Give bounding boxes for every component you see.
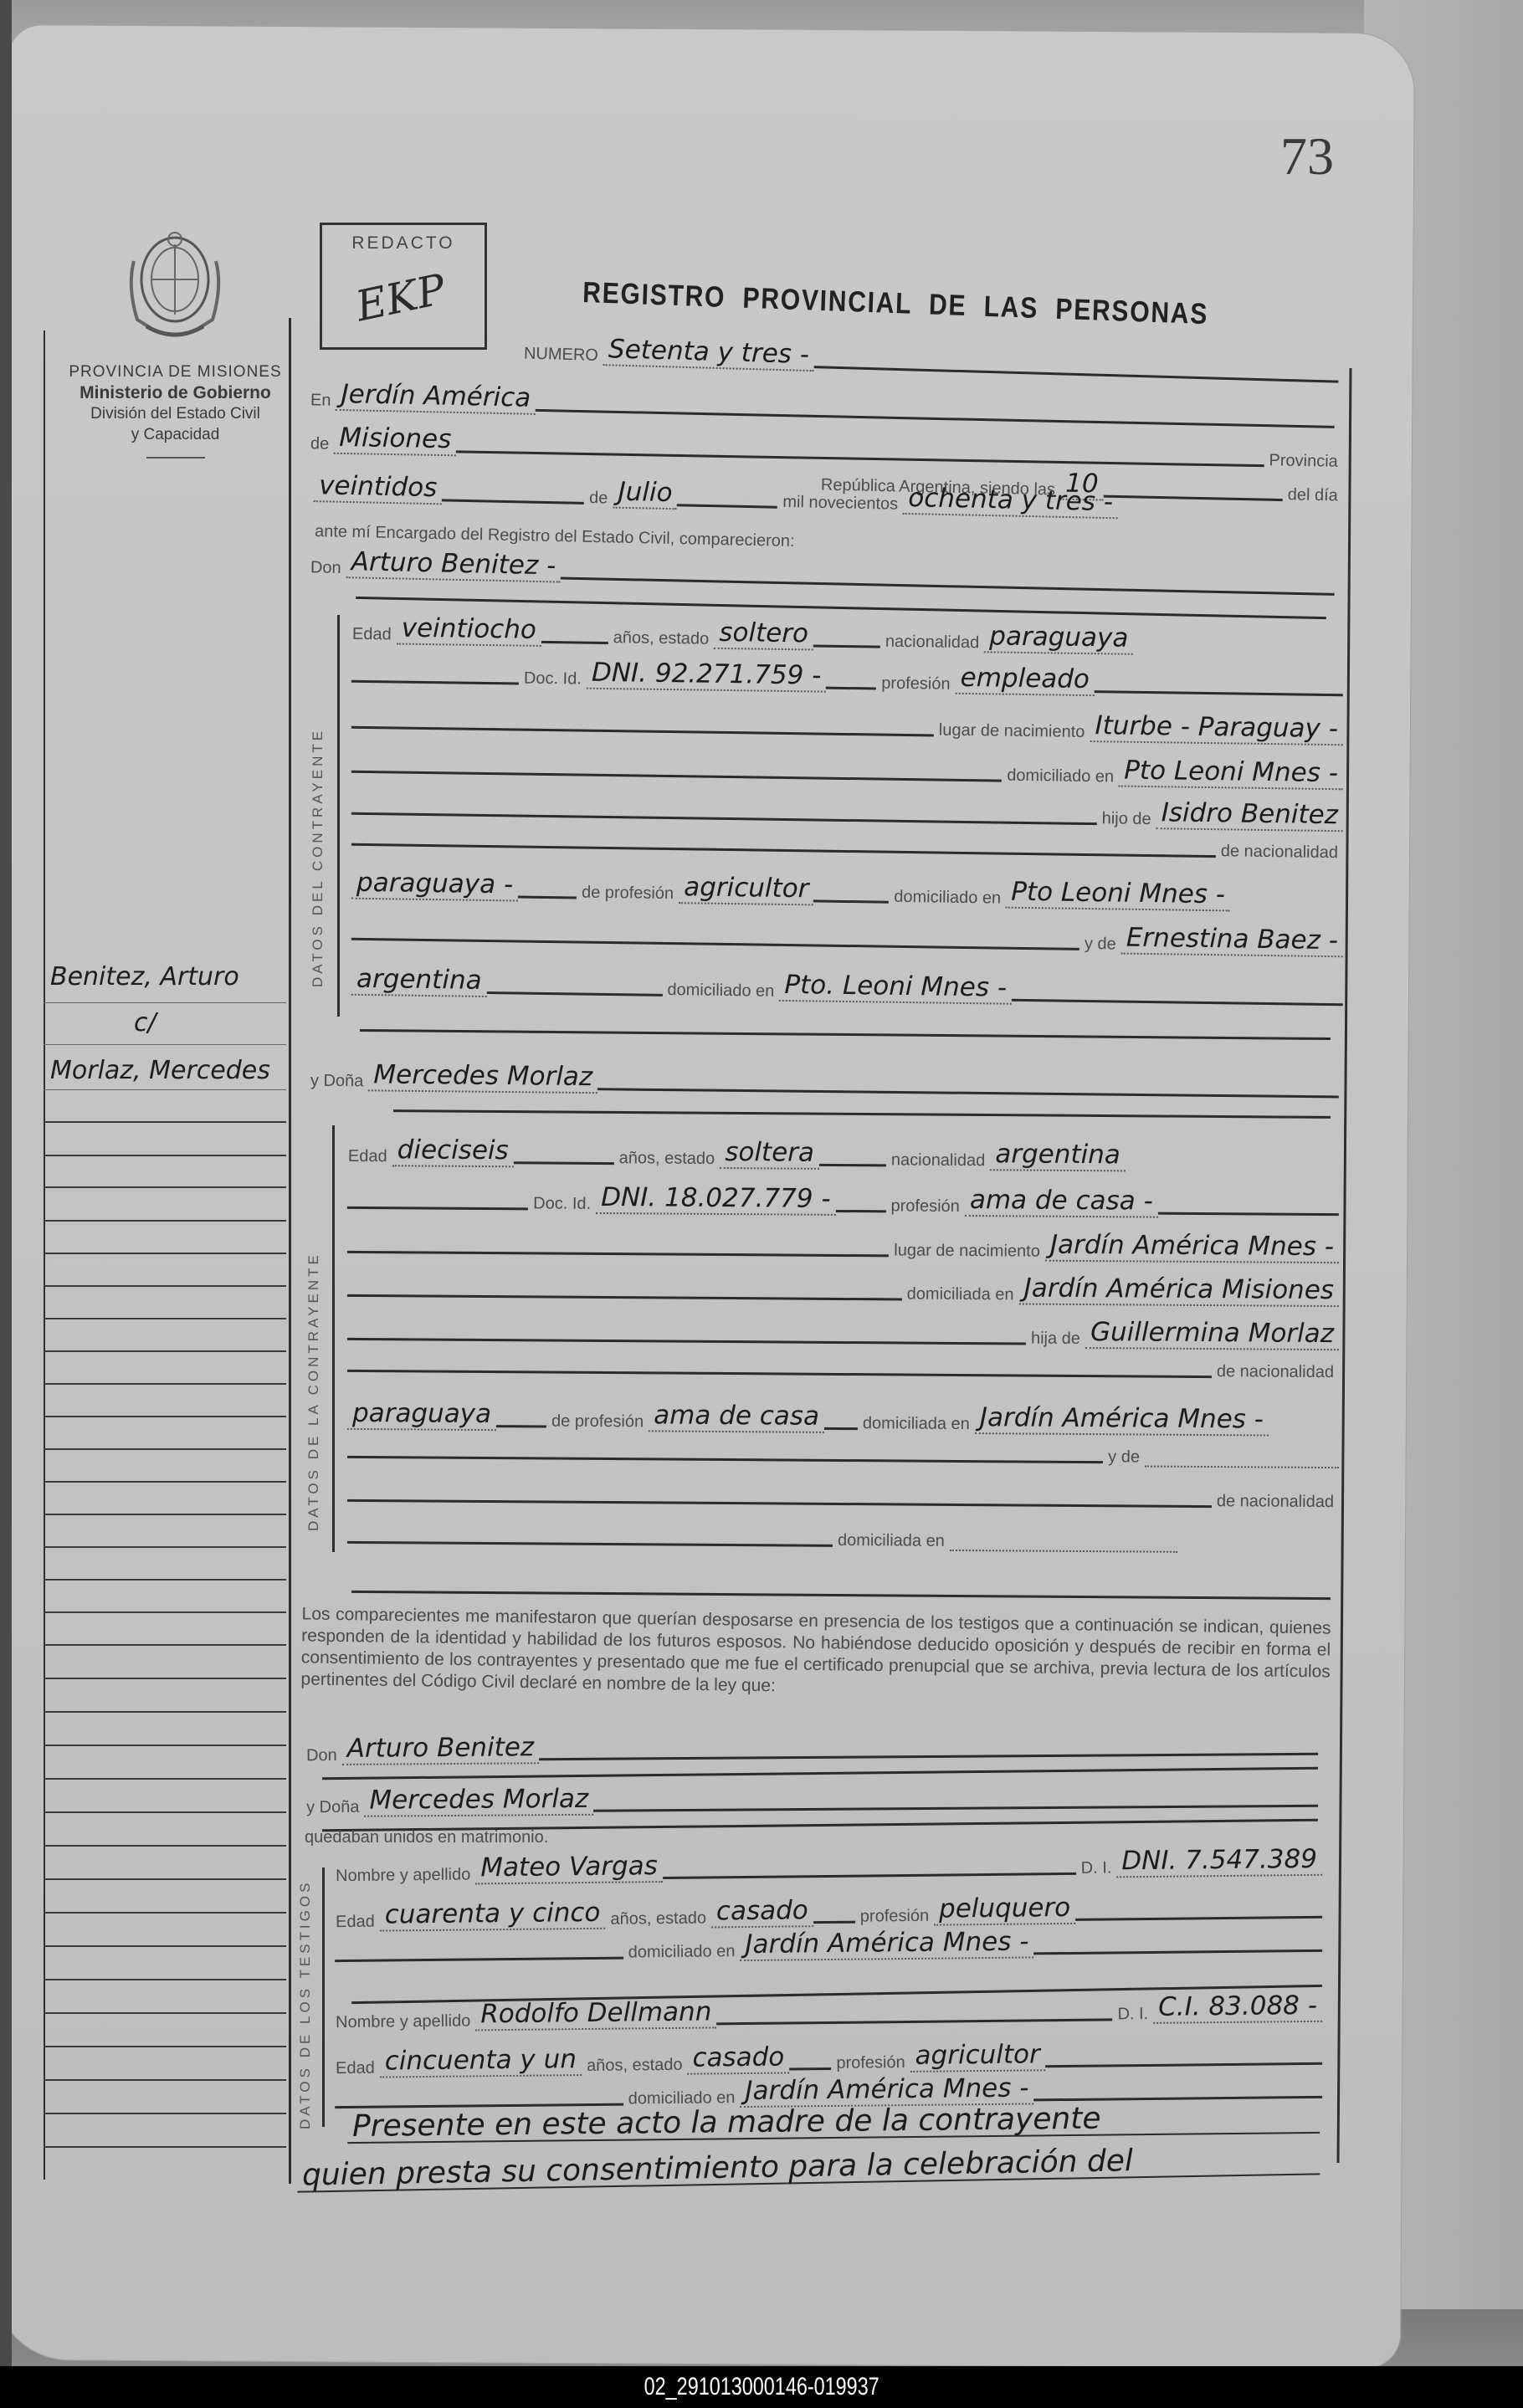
domicilio-value: Jardín América Mnes - bbox=[740, 1926, 1033, 1961]
redacto-initials: EKP bbox=[351, 264, 449, 330]
madre-prof-value: ama de casa bbox=[649, 1400, 824, 1432]
dia-value: veintidos bbox=[314, 470, 443, 505]
padre-nac-label: de nacionalidad bbox=[1212, 1492, 1339, 1512]
lugar-label: lugar de nacimiento bbox=[889, 1241, 1045, 1261]
padre-nac-value: paraguaya - bbox=[351, 868, 519, 902]
estado-value: soltero bbox=[714, 617, 813, 651]
doc-label: Doc. Id. bbox=[528, 1194, 596, 1214]
agency-block: PROVINCIA DE MISIONES Ministerio de Gobi… bbox=[52, 361, 299, 459]
madre-value: Ernestina Baez - bbox=[1121, 923, 1344, 958]
madre-dom-label: domiciliada en bbox=[858, 1414, 975, 1434]
nombre-value: Rodolfo Dellmann bbox=[475, 1996, 717, 2031]
dona-value: Mercedes Morlaz bbox=[364, 1784, 593, 1817]
domicilio-value: Jardín América Misiones bbox=[1018, 1273, 1339, 1307]
padre-value: Isidro Benitez bbox=[1156, 797, 1343, 832]
numero-label: NUMERO bbox=[519, 344, 603, 366]
dona-value: Mercedes Morlaz bbox=[368, 1059, 597, 1094]
di-label: D. I. bbox=[1076, 1858, 1117, 1878]
di-value: DNI. 7.547.389 bbox=[1116, 1844, 1322, 1878]
estado-label: años, estado bbox=[605, 1908, 711, 1929]
quedaban-label: quedaban unidos en matrimonio. bbox=[300, 1828, 553, 1847]
agency-division: División del Estado Civil bbox=[52, 403, 299, 424]
nacionalidad-value: argentina bbox=[990, 1139, 1126, 1171]
padre-dom-label: domiciliado en bbox=[889, 888, 1006, 909]
domicilio-value: Pto Leoni Mnes - bbox=[1119, 756, 1343, 791]
agency-rule bbox=[146, 457, 205, 459]
don-label: Don bbox=[301, 1746, 342, 1765]
madre-dom-value: Jardín América Mnes - bbox=[975, 1402, 1269, 1436]
di-value: C.I. 83.088 - bbox=[1153, 1990, 1322, 2024]
en-value: Jerdín América bbox=[336, 379, 536, 415]
hijo-label: hijo de bbox=[1097, 809, 1156, 829]
madre-prof-label: de profesión bbox=[546, 1412, 649, 1432]
estado-label: años, estado bbox=[614, 1149, 720, 1169]
contrayente-section-label: DATOS DEL CONTRAYENTE bbox=[310, 728, 326, 987]
nacionalidad-label: nacionalidad bbox=[886, 1150, 990, 1171]
declaration-text: Los comparecientes me manifestaron que q… bbox=[300, 1603, 1331, 1704]
madre-nac-label: de nacionalidad bbox=[1212, 1362, 1339, 1382]
madre-dom-label: domiciliado en bbox=[662, 981, 779, 1002]
contrayente-bar bbox=[337, 615, 340, 1017]
caption-bar: 02_291013000146-019937 bbox=[0, 2366, 1523, 2408]
estado-value: casado bbox=[711, 1895, 813, 1928]
edad-label: Edad bbox=[343, 1147, 392, 1166]
don-value: Arturo Benitez - bbox=[346, 546, 561, 582]
contrayenta-bar bbox=[332, 1125, 335, 1552]
di-label: D. I. bbox=[1112, 2005, 1153, 2025]
margin-note-line1: Benitez, Arturo bbox=[50, 962, 289, 991]
agency-ministry: Ministerio de Gobierno bbox=[52, 382, 299, 403]
nacionalidad-label: nacionalidad bbox=[880, 633, 985, 653]
padre-prof-label: de profesión bbox=[577, 883, 679, 904]
profesion-label: profesión bbox=[855, 1907, 935, 1927]
doc-value: DNI. 92.271.759 - bbox=[587, 658, 827, 693]
padre-nac-label: de nacionalidad bbox=[1216, 842, 1343, 863]
estado-value: casado bbox=[687, 2042, 789, 2074]
lugar-label: lugar de nacimiento bbox=[934, 720, 1090, 742]
doc-label: Doc. Id. bbox=[519, 669, 587, 689]
book-spine-shadow bbox=[0, 0, 12, 2408]
y-de-label: y de bbox=[1103, 1447, 1145, 1467]
nombre-value: Mateo Vargas bbox=[475, 1851, 663, 1884]
edad-label: Edad bbox=[347, 625, 397, 645]
nombre-label: Nombre y apellido bbox=[331, 2011, 475, 2032]
mes-value: Julio bbox=[613, 477, 678, 510]
hija-label: hija de bbox=[1026, 1330, 1085, 1349]
mil-label: mil novecientos bbox=[777, 493, 903, 515]
madre-dom-value: Pto. Leoni Mnes - bbox=[779, 970, 1012, 1005]
profesion-value: peluquero bbox=[934, 1893, 1076, 1926]
provincia-label: Provincia bbox=[1264, 451, 1343, 472]
edad-value: dieciseis bbox=[392, 1135, 514, 1167]
don-value: Arturo Benitez bbox=[342, 1732, 540, 1765]
doc-value: DNI. 18.027.779 - bbox=[596, 1182, 836, 1216]
agency-capacity: y Capacidad bbox=[52, 424, 299, 445]
numero-value: Setenta y tres - bbox=[603, 334, 815, 371]
de-value: Misiones bbox=[334, 423, 457, 457]
padre-dom-label: domiciliada en bbox=[833, 1531, 950, 1551]
domicilio-label: domiciliado en bbox=[1002, 766, 1119, 787]
y-de-label: y de bbox=[1079, 935, 1121, 955]
nombre-label: Nombre y apellido bbox=[331, 1865, 475, 1886]
testigos-section-label: DATOS DE LOS TESTIGOS bbox=[297, 1880, 314, 2129]
madre-nac-value: paraguaya bbox=[347, 1398, 496, 1431]
dona-label: y Doña bbox=[301, 1798, 365, 1818]
edad-value: cuarenta y cinco bbox=[380, 1898, 606, 1932]
lugar-value: Jardín América Mnes - bbox=[1045, 1230, 1339, 1263]
profesion-label: profesión bbox=[885, 1196, 964, 1217]
agency-province: PROVINCIA DE MISIONES bbox=[52, 361, 299, 382]
don-label: Don bbox=[305, 558, 346, 578]
en-label: En bbox=[305, 391, 336, 411]
madre-value: Guillermina Morlaz bbox=[1085, 1317, 1339, 1350]
domicilio-label: domiciliado en bbox=[623, 1942, 741, 1962]
nacionalidad-value: paraguaya bbox=[984, 621, 1134, 654]
page-number: 73 bbox=[1280, 126, 1334, 187]
coat-of-arms-icon bbox=[126, 228, 224, 345]
edad-label: Edad bbox=[331, 2059, 380, 2079]
edad-label: Edad bbox=[331, 1913, 380, 1933]
anio-value: ochenta y tres - bbox=[903, 483, 1118, 519]
redacto-label: REDACTO bbox=[322, 233, 485, 254]
form-left-rule bbox=[289, 318, 291, 2184]
de-label: de bbox=[305, 434, 335, 454]
de-mes-label: de bbox=[584, 489, 613, 509]
profesion-value: empleado bbox=[955, 663, 1095, 696]
domicilio-label: domiciliada en bbox=[902, 1284, 1019, 1304]
profesion-value: ama de casa - bbox=[965, 1185, 1158, 1218]
profesion-value: agricultor bbox=[910, 2039, 1045, 2072]
padre-dom-value: Pto Leoni Mnes - bbox=[1006, 877, 1230, 912]
sidebar-rule bbox=[44, 330, 45, 2180]
contrayenta-section-label: DATOS DE LA CONTRAYENTE bbox=[305, 1252, 322, 1531]
redacto-box: REDACTO EKP bbox=[320, 223, 487, 350]
edad-value: veintiocho bbox=[397, 613, 542, 647]
padre-prof-value: agricultor bbox=[679, 872, 814, 905]
estado-label: años, estado bbox=[582, 2056, 688, 2076]
madre-nac-value: argentina bbox=[351, 964, 487, 997]
lugar-value: Iturbe - Paraguay - bbox=[1090, 710, 1343, 745]
profesion-label: profesión bbox=[876, 674, 956, 694]
estado-value: soltera bbox=[720, 1137, 819, 1170]
dona-label: y Doña bbox=[305, 1072, 369, 1092]
edad-value: cincuenta y un bbox=[380, 2044, 582, 2078]
estado-label: años, estado bbox=[608, 628, 715, 649]
image-caption: 02_291013000146-019937 bbox=[644, 2373, 879, 2401]
testigos-bar bbox=[322, 1867, 325, 2127]
profesion-label: profesión bbox=[831, 2053, 910, 2073]
margin-note-line3: Morlaz, Mercedes bbox=[50, 1056, 289, 1085]
